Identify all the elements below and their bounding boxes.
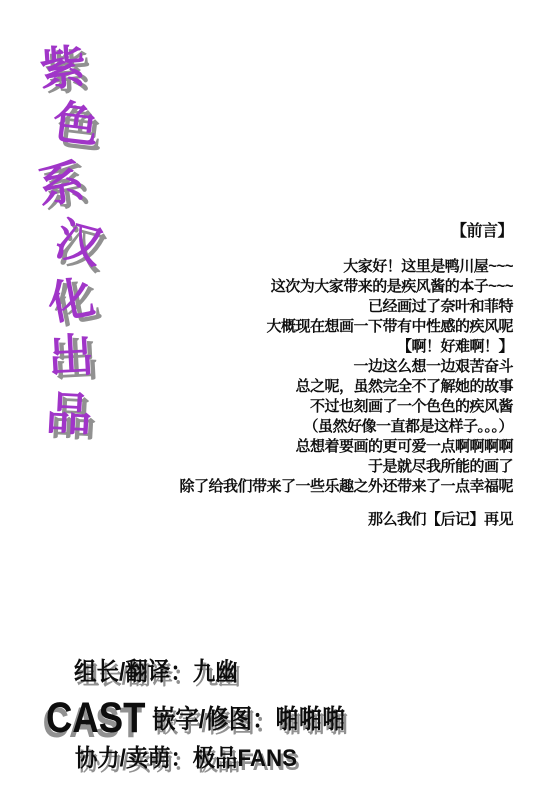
page-root: { "colors": { "accent_purple": "#A035C8"… (0, 0, 543, 800)
title-char: 化 (44, 273, 98, 327)
preface-line: 总想着要画的更可爱一点啊啊啊啊 (179, 437, 513, 457)
preface-line: 【啊！好难啊！】 (179, 337, 513, 357)
credit-typeset: 嵌字/修图：啪啪啪 (152, 699, 346, 736)
title-char: 品 (45, 390, 93, 438)
cast-label: CAST (46, 694, 146, 743)
title-char: 出 (47, 332, 95, 380)
preface-heading: 【前言】 (179, 222, 513, 242)
preface-line: 于是就尽我所能的画了 (179, 457, 513, 477)
title-char: 系 (35, 158, 87, 210)
preface-line: 这次为大家带来的是疾风酱的本子~~~ (179, 277, 513, 297)
preface-line: 一边这么想一边艰苦奋斗 (179, 357, 513, 377)
title-char: 色 (50, 98, 101, 149)
preface-line: （虽然好像一直都是这样子。。。） (179, 417, 513, 437)
preface-line: 大概现在想画一下带有中性感的疾风呢 (179, 317, 513, 337)
preface-line: 不过也刻画了一个色色的疾风酱 (179, 397, 513, 417)
title-char: 紫 (38, 43, 87, 92)
credit-support: 协力/卖萌：极品FANS (75, 738, 297, 773)
preface-line: 总之呢，虽然完全不了解她的故事 (179, 377, 513, 397)
preface-closing: 那么我们【后记】再见 (179, 510, 513, 530)
preface-line: 大家好！这里是鸭川屋~~~ (179, 257, 513, 277)
preface-line: 已经画过了奈叶和菲特 (179, 297, 513, 317)
credit-leader: 组长/翻译：九幽 (74, 652, 238, 688)
preface-line: 除了给我们带来了一些乐趣之外还带来了一点幸福呢 (179, 477, 513, 497)
title-char: 汉 (51, 215, 107, 271)
preface-block: 【前言】 大家好！这里是鸭川屋~~~ 这次为大家带来的是疾风酱的本子~~~ 已经… (179, 222, 513, 530)
